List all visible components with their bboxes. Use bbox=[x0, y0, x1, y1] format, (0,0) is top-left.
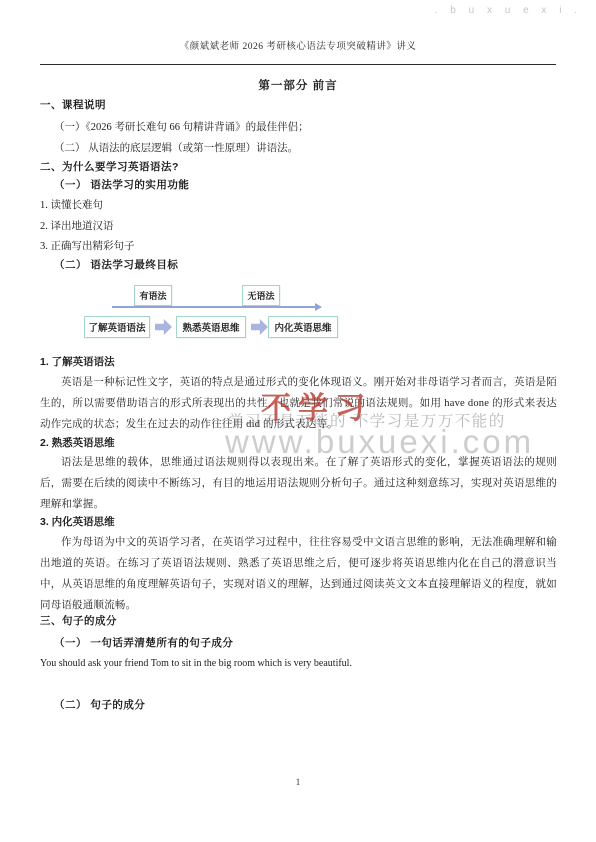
section-3-sub-2-heading: （二） 句子的成分 bbox=[54, 697, 145, 712]
practical-item-1: 1. 读懂长难句 bbox=[40, 197, 103, 212]
section-2-sub-2-heading: （二） 语法学习最终目标 bbox=[54, 257, 178, 272]
section-1-item-1: （一）《2026 考研长难句 66 句精讲背诵》的最佳伴侣； bbox=[54, 119, 309, 134]
part-title: 第一部分 前言 bbox=[0, 77, 596, 93]
section-3-sub-1-heading: （一） 一句话弄清楚所有的句子成分 bbox=[54, 635, 233, 650]
example-sentence: You should ask your friend Tom to sit in… bbox=[40, 658, 352, 669]
subsection-3-paragraph: 作为母语为中文的英语学习者，在英语学习过程中，往往容易受中文语言思维的影响，无法… bbox=[40, 532, 557, 616]
subsection-2-heading: 2. 熟悉英语思维 bbox=[40, 435, 115, 450]
flow-arrow-icon-2 bbox=[251, 319, 268, 335]
timeline-arrowhead-icon bbox=[315, 303, 322, 311]
section-3-heading: 三、句子的成分 bbox=[40, 613, 117, 628]
section-1-heading: 一、课程说明 bbox=[40, 97, 106, 112]
section-1-item-2: （二） 从语法的底层逻辑（或第一性原理）讲语法。 bbox=[54, 140, 298, 155]
corner-watermark: . b u x u e x i . bbox=[435, 5, 582, 16]
diagram-stage-1-box: 了解英语语法 bbox=[84, 316, 150, 338]
practical-item-3: 3. 正确写出精彩句子 bbox=[40, 238, 135, 253]
subsection-1-paragraph: 英语是一种标记性文字，英语的特点是通过形式的变化体现语义。刚开始对非母语学习者而… bbox=[40, 372, 557, 435]
page-number: 1 bbox=[0, 777, 596, 787]
running-header-title: 《颜斌斌老师 2026 考研核心语法专项突破精讲》讲义 bbox=[0, 38, 596, 52]
section-2-heading: 二、为什么要学习英语语法? bbox=[40, 159, 179, 174]
diagram-top-box-without-grammar: 无语法 bbox=[242, 285, 280, 306]
flow-arrow-icon-1 bbox=[155, 319, 172, 335]
practical-item-2: 2. 译出地道汉语 bbox=[40, 218, 114, 233]
subsection-3-heading: 3. 内化英语思维 bbox=[40, 514, 115, 529]
header-divider-line bbox=[40, 64, 556, 65]
subsection-1-heading: 1. 了解英语语法 bbox=[40, 354, 115, 369]
section-2-sub-1-heading: （一） 语法学习的实用功能 bbox=[54, 177, 189, 192]
document-page: . b u x u e x i . 《颜斌斌老师 2026 考研核心语法专项突破… bbox=[0, 0, 596, 842]
diagram-stage-3-box: 内化英语思维 bbox=[268, 316, 338, 338]
diagram-top-box-with-grammar: 有语法 bbox=[134, 285, 172, 306]
subsection-2-paragraph: 语法是思维的载体，思维通过语法规则得以表现出来。在了解了英语形式的变化，掌握英语… bbox=[40, 452, 557, 515]
timeline-arrow-line bbox=[112, 306, 316, 308]
diagram-stage-2-box: 熟悉英语思维 bbox=[176, 316, 246, 338]
grammar-goal-flow-diagram: 有语法 无语法 了解英语语法 熟悉英语思维 内化英语思维 bbox=[68, 276, 373, 352]
